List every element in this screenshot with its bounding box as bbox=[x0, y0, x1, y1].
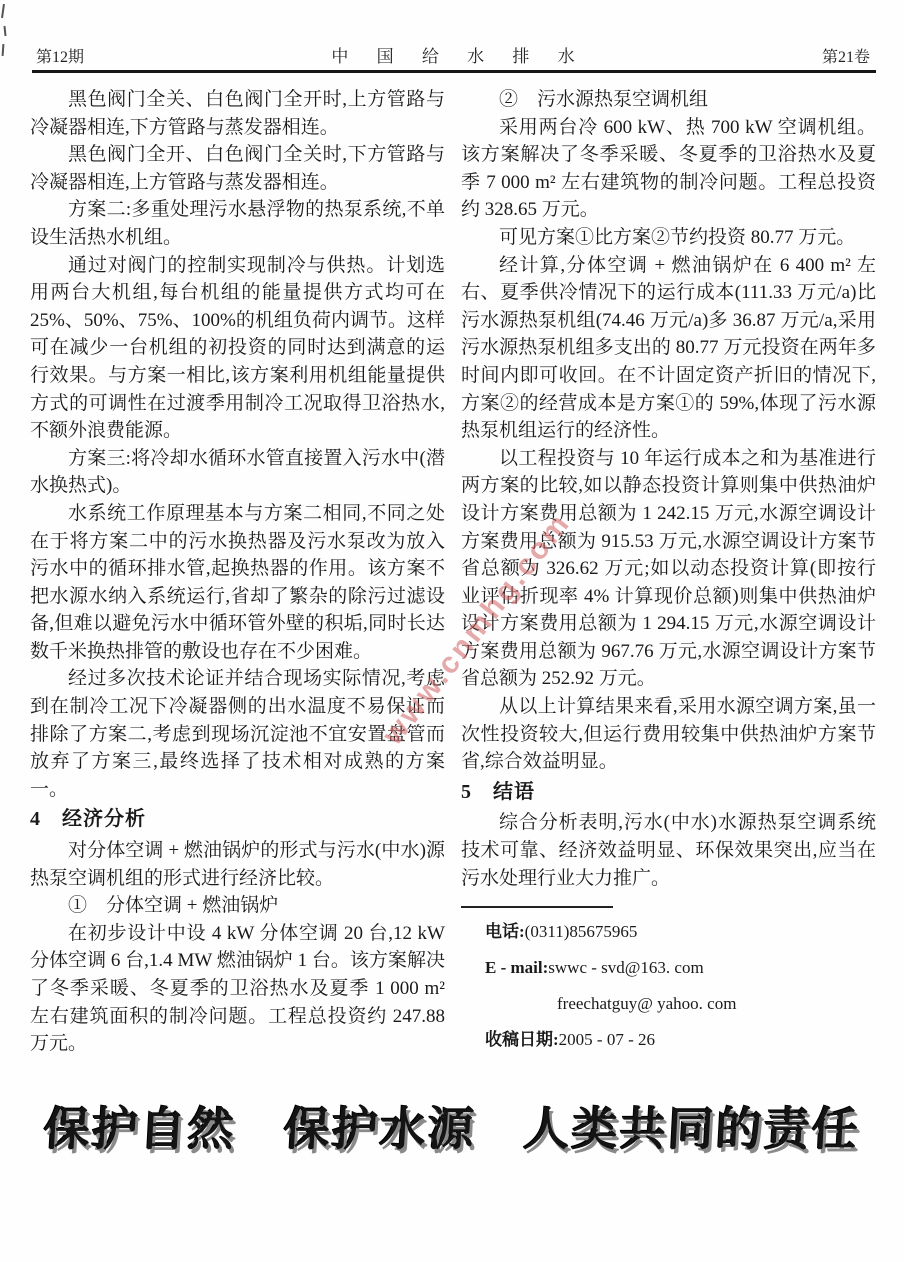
email-value-2: freechatguy@ yahoo. com bbox=[557, 994, 736, 1013]
scan-artifact bbox=[2, 44, 5, 56]
paragraph: 对分体空调 + 燃油锅炉的形式与污水(中水)源热泵空调机组的形式进行经济比较。 bbox=[30, 837, 445, 892]
right-column: ② 污水源热泵空调机组 采用两台冷 600 kW、热 700 kW 空调机组。该… bbox=[461, 86, 876, 1058]
paragraph: 水系统工作原理基本与方案二相同,不同之处在于将方案二中的污水换热器及污水泵改为放… bbox=[30, 500, 445, 666]
paragraph: 黑色阀门全开、白色阀门全关时,下方管路与冷凝器相连,上方管路与蒸发器相连。 bbox=[30, 141, 445, 196]
paragraph: 方案二:多重处理污水悬浮物的热泵系统,不单设生活热水机组。 bbox=[30, 196, 445, 251]
email-label: E - mail: bbox=[485, 958, 548, 977]
paragraph: 以工程投资与 10 年运行成本之和为基准进行两方案的比较,如以静态投资计算则集中… bbox=[461, 445, 876, 693]
paragraph: 方案三:将冷却水循环水管直接置入污水中(潜水换热式)。 bbox=[30, 445, 445, 500]
header-rule bbox=[32, 70, 876, 73]
page-header: 第12期 中 国 给 水 排 水 第21卷 bbox=[36, 42, 870, 67]
paragraph: 综合分析表明,污水(中水)水源热泵空调系统技术可靠、经济效益明显、环保效果突出,… bbox=[461, 809, 876, 892]
scan-artifact bbox=[1, 4, 5, 18]
paragraph: 经过多次技术论证并结合现场实际情况,考虑到在制冷工况下冷凝器侧的出水温度不易保证… bbox=[30, 665, 445, 803]
email-value-1: swwc - svd@163. com bbox=[548, 958, 703, 977]
footnote-divider bbox=[461, 906, 613, 908]
contact-block: 电话:(0311)85675965 E - mail:swwc - svd@16… bbox=[485, 914, 876, 1058]
slogan-banner: 保护自然 保护水源 人类共同的责任 bbox=[0, 1093, 904, 1159]
phone-label: 电话: bbox=[485, 922, 525, 941]
volume-number: 第21卷 bbox=[822, 44, 870, 67]
paragraph: 在初步设计中设 4 kW 分体空调 20 台,12 kW 分体空调 6 台,1.… bbox=[30, 920, 445, 1058]
paragraph: 通过对阀门的控制实现制冷与供热。计划选用两台大机组,每台机组的能量提供方式均可在… bbox=[30, 252, 445, 445]
journal-page: 第12期 中 国 给 水 排 水 第21卷 黑色阀门全关、白色阀门全开时,上方管… bbox=[0, 0, 904, 1262]
section-heading-5: 5 结语 bbox=[461, 779, 876, 807]
email-row: E - mail:swwc - svd@163. com bbox=[485, 950, 876, 986]
phone-value: (0311)85675965 bbox=[525, 922, 638, 941]
paragraph: 从以上计算结果来看,采用水源空调方案,虽一次性投资较大,但运行费用较集中供热油炉… bbox=[461, 693, 876, 776]
paragraph: 采用两台冷 600 kW、热 700 kW 空调机组。该方案解决了冬季采暖、冬夏… bbox=[461, 114, 876, 224]
paragraph: 黑色阀门全关、白色阀门全开时,上方管路与冷凝器相连,下方管路与蒸发器相连。 bbox=[30, 86, 445, 141]
received-date-row: 收稿日期:2005 - 07 - 26 bbox=[485, 1022, 876, 1058]
list-item-1: ① 分体空调 + 燃油锅炉 bbox=[30, 892, 445, 920]
paragraph: 经计算,分体空调 + 燃油锅炉在 6 400 m² 左右、夏季供冷情况下的运行成… bbox=[461, 252, 876, 445]
scan-artifact bbox=[3, 26, 6, 36]
section-heading-4: 4 经济分析 bbox=[30, 806, 445, 834]
phone-row: 电话:(0311)85675965 bbox=[485, 914, 876, 950]
left-column: 黑色阀门全关、白色阀门全开时,上方管路与冷凝器相连,下方管路与蒸发器相连。 黑色… bbox=[30, 86, 445, 1058]
received-date-label: 收稿日期: bbox=[485, 1030, 559, 1049]
list-item-2: ② 污水源热泵空调机组 bbox=[461, 86, 876, 114]
paragraph: 可见方案①比方案②节约投资 80.77 万元。 bbox=[461, 224, 876, 252]
two-column-body: 黑色阀门全关、白色阀门全开时,上方管路与冷凝器相连,下方管路与蒸发器相连。 黑色… bbox=[30, 86, 876, 1058]
received-date-value: 2005 - 07 - 26 bbox=[559, 1030, 655, 1049]
issue-number: 第12期 bbox=[36, 44, 84, 67]
email-row-2: freechatguy@ yahoo. com bbox=[485, 986, 876, 1022]
journal-title: 中 国 给 水 排 水 bbox=[319, 42, 586, 67]
